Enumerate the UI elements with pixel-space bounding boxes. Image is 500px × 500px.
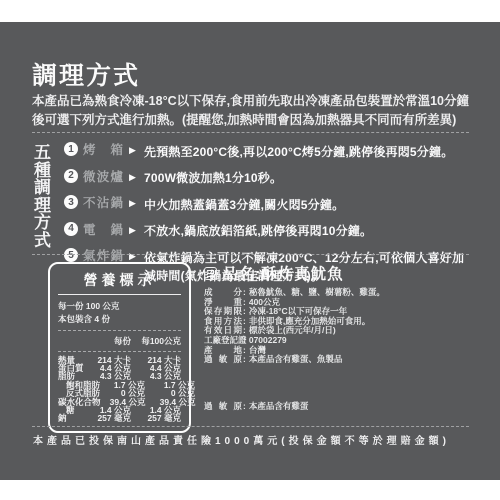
product-name-row: 品名: 酥炸真魷魚 [204,262,472,284]
method-name: 微波爐 [83,170,123,184]
number-5-icon: 5 [64,248,78,262]
serving-size: 每一份 100 公克 [58,300,181,313]
arrow-right-icon: ▶ [129,170,140,184]
page-title: 調理方式 [32,56,140,92]
number-2-icon: 2 [64,169,78,183]
allergen-note: 過敏原:本產品含有雞蛋 [204,402,472,412]
col-per-serving: 每份 [88,335,131,347]
methods-side-label: 五種調理方式 [34,144,53,249]
method-row-rice-cooker: 4 電鍋 ▶ 不放水,鍋底放鋁箔紙,跳停後再悶10分鐘。 [64,222,470,241]
label-panel: 調理方式 本產品已為熟食冷凍-18°C以下保存,食用前先取出冷凍產品包裝置於常溫… [0,22,500,480]
brand-badge-icon [204,267,217,280]
method-name: 烤箱 [83,143,123,157]
divider [32,254,469,255]
divider [58,351,181,352]
nutrition-facts-box: 營養標示 每一份 100 公克 本包裝含 4 份 每份 每100公克 熱量 21… [48,262,191,433]
method-row-oven: 1 烤箱 ▶ 先預熱至200°C後,再以200°C烤5分鐘,跳停後再悶5分鐘。 [64,142,470,161]
insurance-disclaimer: 本產品已投保南山產品責任險1000萬元(投保金額不等於理賠金額) [33,432,473,447]
method-row-nonstick-pan: 3 不沾鍋 ▶ 中火加熱蓋鍋蓋3分鐘,關火悶5分鐘。 [64,195,470,214]
bottom-section: 營養標示 每一份 100 公克 本包裝含 4 份 每份 每100公克 熱量 21… [48,262,472,433]
number-3-icon: 3 [64,195,78,209]
method-instruction: 中火加熱蓋鍋蓋3分鐘,關火悶5分鐘。 [144,196,470,215]
method-name: 電鍋 [83,223,123,237]
arrow-right-icon: ▶ [129,223,140,237]
product-name-label: 品名: [222,262,261,284]
method-name: 不沾鍋 [83,196,123,210]
product-info-section: 品名: 酥炸真魷魚 成分:秘魯魷魚、糖、鹽、樹薯粉、雞蛋。 淨重:400公克 保… [204,262,472,411]
method-instruction: 不放水,鍋底放鋁箔紙,跳停後再悶10分鐘。 [144,222,470,241]
divider [32,426,469,427]
package-label: 調理方式 本產品已為熟食冷凍-18°C以下保存,食用前先取出冷凍產品包裝置於常溫… [0,0,500,500]
arrow-right-icon: ▶ [129,196,140,210]
nutrition-title: 營養標示 [58,270,181,295]
table-row: 鈉 257 毫克 257 毫克 [58,414,181,422]
number-1-icon: 1 [64,142,78,156]
divider [58,330,181,331]
product-detail-rows: 成分:秘魯魷魚、糖、鹽、樹薯粉、雞蛋。 淨重:400公克 保存期限:冷凍-18°… [204,288,472,365]
method-instruction: 700W微波加熱1分10秒。 [144,169,470,188]
method-instruction: 先預熱至200°C後,再以200°C烤5分鐘,跳停後再悶5分鐘。 [144,143,470,162]
intro-text: 本產品已為熟食冷凍-18°C以下保存,食用前先取出冷凍產品包裝置於常溫10分鐘後… [32,92,475,130]
number-4-icon: 4 [64,222,78,236]
divider [32,132,469,133]
product-name: 酥炸真魷魚 [261,262,344,284]
col-per-100g: 每100公克 [133,335,181,347]
nutrition-rows: 熱量 214 大卡 214 大卡 蛋白質 4.4 公克 4.4 公克 脂肪 4.… [58,356,181,423]
method-row-microwave: 2 微波爐 ▶ 700W微波加熱1分10秒。 [64,169,470,188]
arrow-right-icon: ▶ [129,143,140,157]
list-item: 過敏原:本產品含有雞蛋、魚製品 [204,355,472,365]
nutrition-header-row: 每份 每100公克 [58,335,181,347]
servings-per-package: 本包裝含 4 份 [58,313,181,326]
